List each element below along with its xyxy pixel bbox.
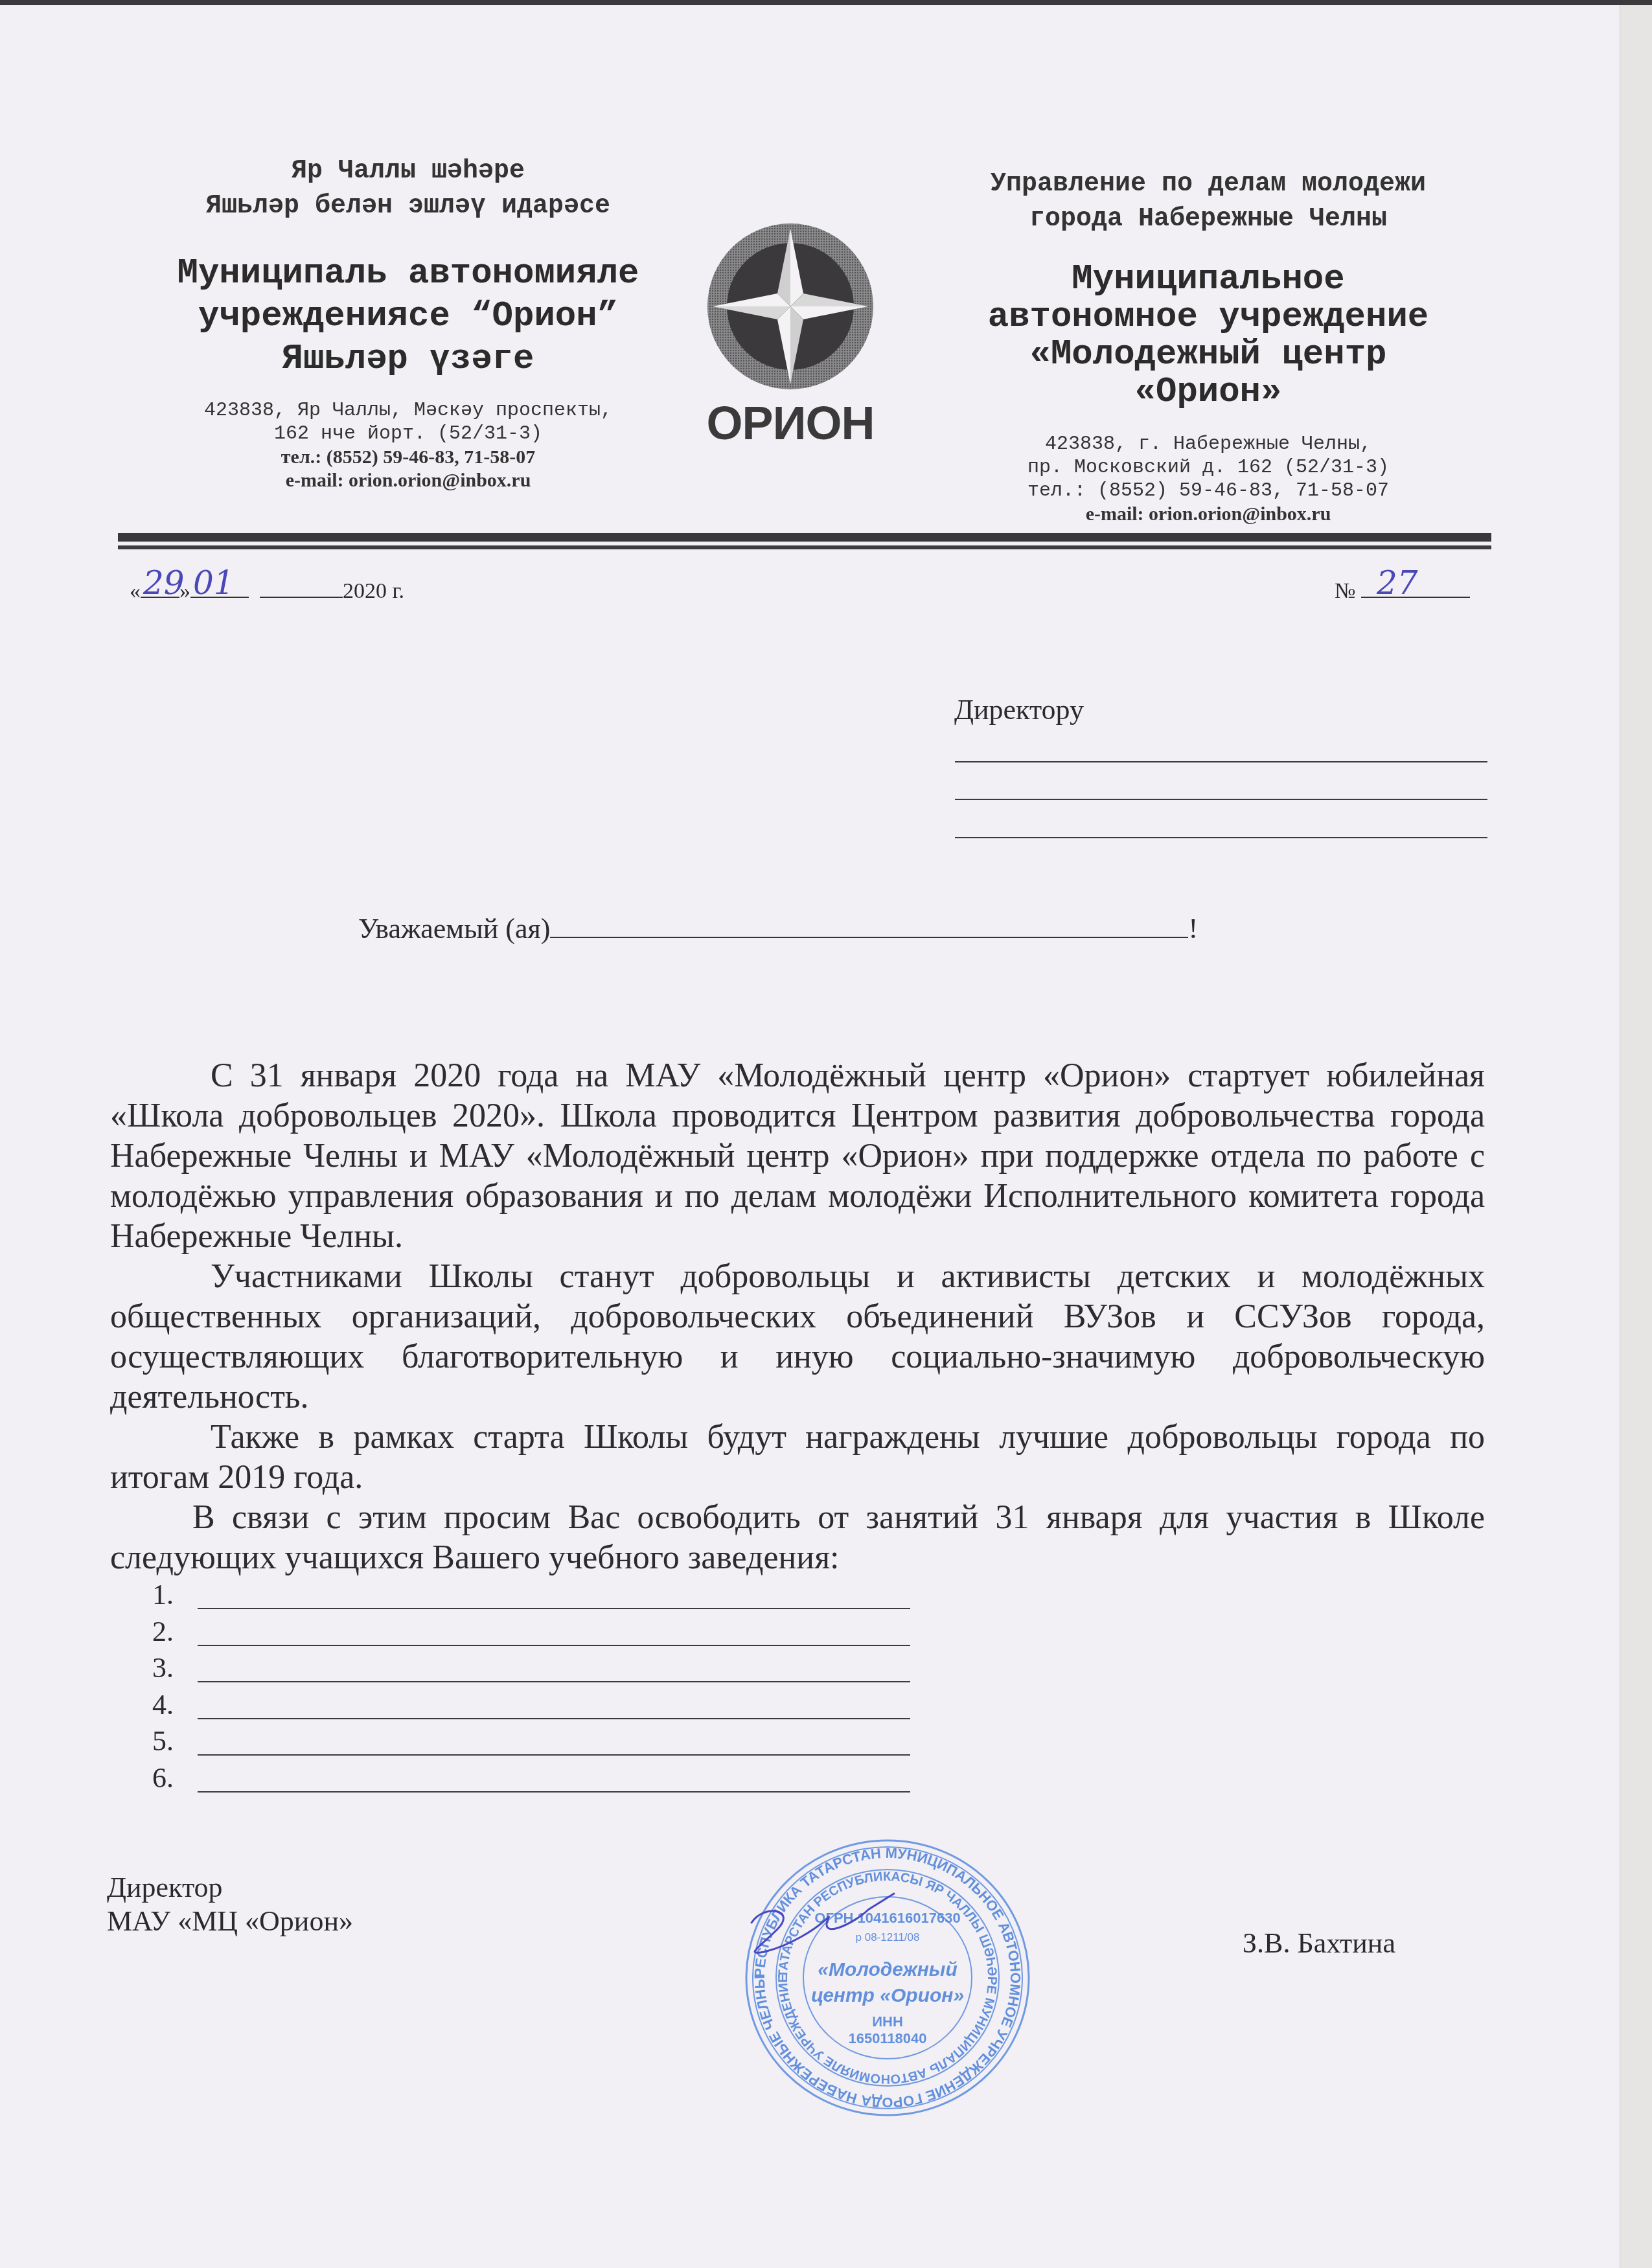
header-right-phone: тел.: (8552) 59-46-83, 71-58-07 <box>907 479 1509 503</box>
official-stamp: РЕСПУБЛИКА ТАТАРСТАН МУНИЦИПАЛЬНОЕ АВТОН… <box>739 1832 1037 2124</box>
header-left-subtitle-line: Яшьләр белән эшләү идарәсе <box>117 189 700 224</box>
header-left-phone: тел.: (8552) 59-46-83, 71-58-07 <box>117 446 700 469</box>
body-paragraph: С 31 января 2020 года на МАУ «Молодёжный… <box>110 1056 1485 1257</box>
salutation-suffix: ! <box>1188 913 1198 945</box>
svg-text:р 08-1211/08: р 08-1211/08 <box>856 1931 920 1943</box>
date-quote-open: « <box>130 579 141 603</box>
svg-text:ИНН: ИНН <box>872 2013 903 2030</box>
scan-edge-top <box>0 0 1652 5</box>
header-right-address-line: 423838, г. Набережные Челны, <box>907 433 1509 456</box>
orion-logo: ОРИОН <box>706 222 875 449</box>
date-year: 2020 г. <box>343 579 404 603</box>
date-extra-field[interactable] <box>260 577 343 598</box>
date-month-handwritten: 01 <box>193 567 235 599</box>
list-item-field[interactable] <box>198 1754 910 1756</box>
list-item-number: 1. <box>152 1581 174 1609</box>
letter-date: «29»01 2020 г. <box>130 575 404 608</box>
list-item-field[interactable] <box>198 1681 910 1682</box>
header-right-subtitle-line: города Набережные Челны <box>907 202 1509 237</box>
salutation-prefix: Уважаемый (ая) <box>358 913 550 945</box>
signatory-organization: МАУ «МЦ «Орион» <box>107 1905 353 1938</box>
header-right-address-line: пр. Московский д. 162 (52/31-3) <box>907 456 1509 479</box>
header-right-department: Управление по делам молодежи города Набе… <box>907 167 1509 237</box>
header-divider-thin <box>118 545 1491 549</box>
svg-text:«Молодежный: «Молодежный <box>818 1959 958 1980</box>
signatory-title: Директор <box>107 1871 353 1905</box>
number-handwritten: 27 <box>1377 567 1418 599</box>
signatory-name: З.В. Бахтина <box>1243 1927 1395 1960</box>
header-left-org-name: Муниципаль автономияле учреждениясе “Ори… <box>117 253 700 381</box>
date-month-field[interactable]: 01 <box>190 577 249 598</box>
round-seal-icon: РЕСПУБЛИКА ТАТАРСТАН МУНИЦИПАЛЬНОЕ АВТОН… <box>739 1832 1037 2124</box>
list-item-field[interactable] <box>198 1645 910 1646</box>
addressee-line-1[interactable] <box>955 761 1487 762</box>
addressee-block: Директору <box>954 693 1084 726</box>
addressee-line-3[interactable] <box>955 837 1487 838</box>
list-item-number: 3. <box>152 1654 174 1682</box>
header-right-title-line: автономное учреждение <box>907 299 1509 336</box>
addressee-line-2[interactable] <box>955 799 1487 800</box>
header-right-contacts: 423838, г. Набережные Челны, пр. Московс… <box>907 433 1509 526</box>
number-label: № <box>1335 579 1355 603</box>
header-left-department: Яр Чаллы шәһәре Яшьләр белән эшләү идарә… <box>117 154 700 224</box>
scan-edge-right <box>1620 5 1652 2268</box>
header-right-title-line: «Орион» <box>907 374 1509 411</box>
header-right-email: e-mail: orion.orion@inbox.ru <box>907 503 1509 526</box>
svg-text:1650118040: 1650118040 <box>848 2030 926 2046</box>
header-left-title-line: учреждениясе “Орион” <box>117 295 700 338</box>
header-right-subtitle-line: Управление по делам молодежи <box>907 167 1509 202</box>
logo-wordmark: ОРИОН <box>706 397 875 450</box>
header-left-title-line: Яшьләр үзәге <box>117 338 700 381</box>
date-day-field[interactable]: 29 <box>141 577 179 598</box>
header-right-title-line: «Молодежный центр <box>907 336 1509 374</box>
header-divider-thick <box>118 533 1491 542</box>
compass-star-icon <box>706 222 875 391</box>
addressee-label: Директору <box>954 693 1084 726</box>
header-left-address-line: 162 нче йорт. (52/31-3) <box>117 422 700 446</box>
header-left-email: e-mail: orion.orion@inbox.ru <box>117 469 700 492</box>
header-left-title-line: Муниципаль автономияле <box>117 253 700 295</box>
list-item-field[interactable] <box>198 1718 910 1719</box>
body-paragraph: Также в рамках старта Школы будут награж… <box>110 1417 1485 1498</box>
header-left-contacts: 423838, Яр Чаллы, Мәскәу проспекты, 162 … <box>117 399 700 492</box>
list-item-field[interactable] <box>198 1791 910 1793</box>
body-paragraph: В связи с этим просим Вас освободить от … <box>110 1498 1485 1578</box>
date-day-handwritten: 29 <box>143 567 185 599</box>
svg-text:центр «Орион»: центр «Орион» <box>811 1985 964 2006</box>
header-left-address-line: 423838, Яр Чаллы, Мәскәу проспекты, <box>117 399 700 422</box>
header-right-title-line: Муниципальное <box>907 261 1509 299</box>
list-item-number: 2. <box>152 1618 174 1646</box>
list-item-field[interactable] <box>198 1608 910 1609</box>
header-left-subtitle-line: Яр Чаллы шәһәре <box>117 154 700 189</box>
letter-body: С 31 января 2020 года на МАУ «Молодёжный… <box>110 1056 1485 1578</box>
list-item-number: 4. <box>152 1691 174 1719</box>
list-item-number: 6. <box>152 1764 174 1793</box>
signatory-position: Директор МАУ «МЦ «Орион» <box>107 1871 353 1938</box>
header-right-org-name: Муниципальное автономное учреждение «Мол… <box>907 261 1509 411</box>
number-field[interactable]: 27 <box>1361 577 1470 598</box>
salutation: Уважаемый (ая)! <box>358 912 1198 945</box>
letter-page: Яр Чаллы шәһәре Яшьләр белән эшләү идарә… <box>0 5 1620 2268</box>
body-paragraph: Участниками Школы станут добровольцы и а… <box>110 1257 1485 1417</box>
letter-number: № 27 <box>1335 575 1470 608</box>
salutation-name-field[interactable] <box>550 915 1188 938</box>
list-item-number: 5. <box>152 1727 174 1756</box>
svg-text:ОГРН 1041616017630: ОГРН 1041616017630 <box>814 1910 960 1926</box>
